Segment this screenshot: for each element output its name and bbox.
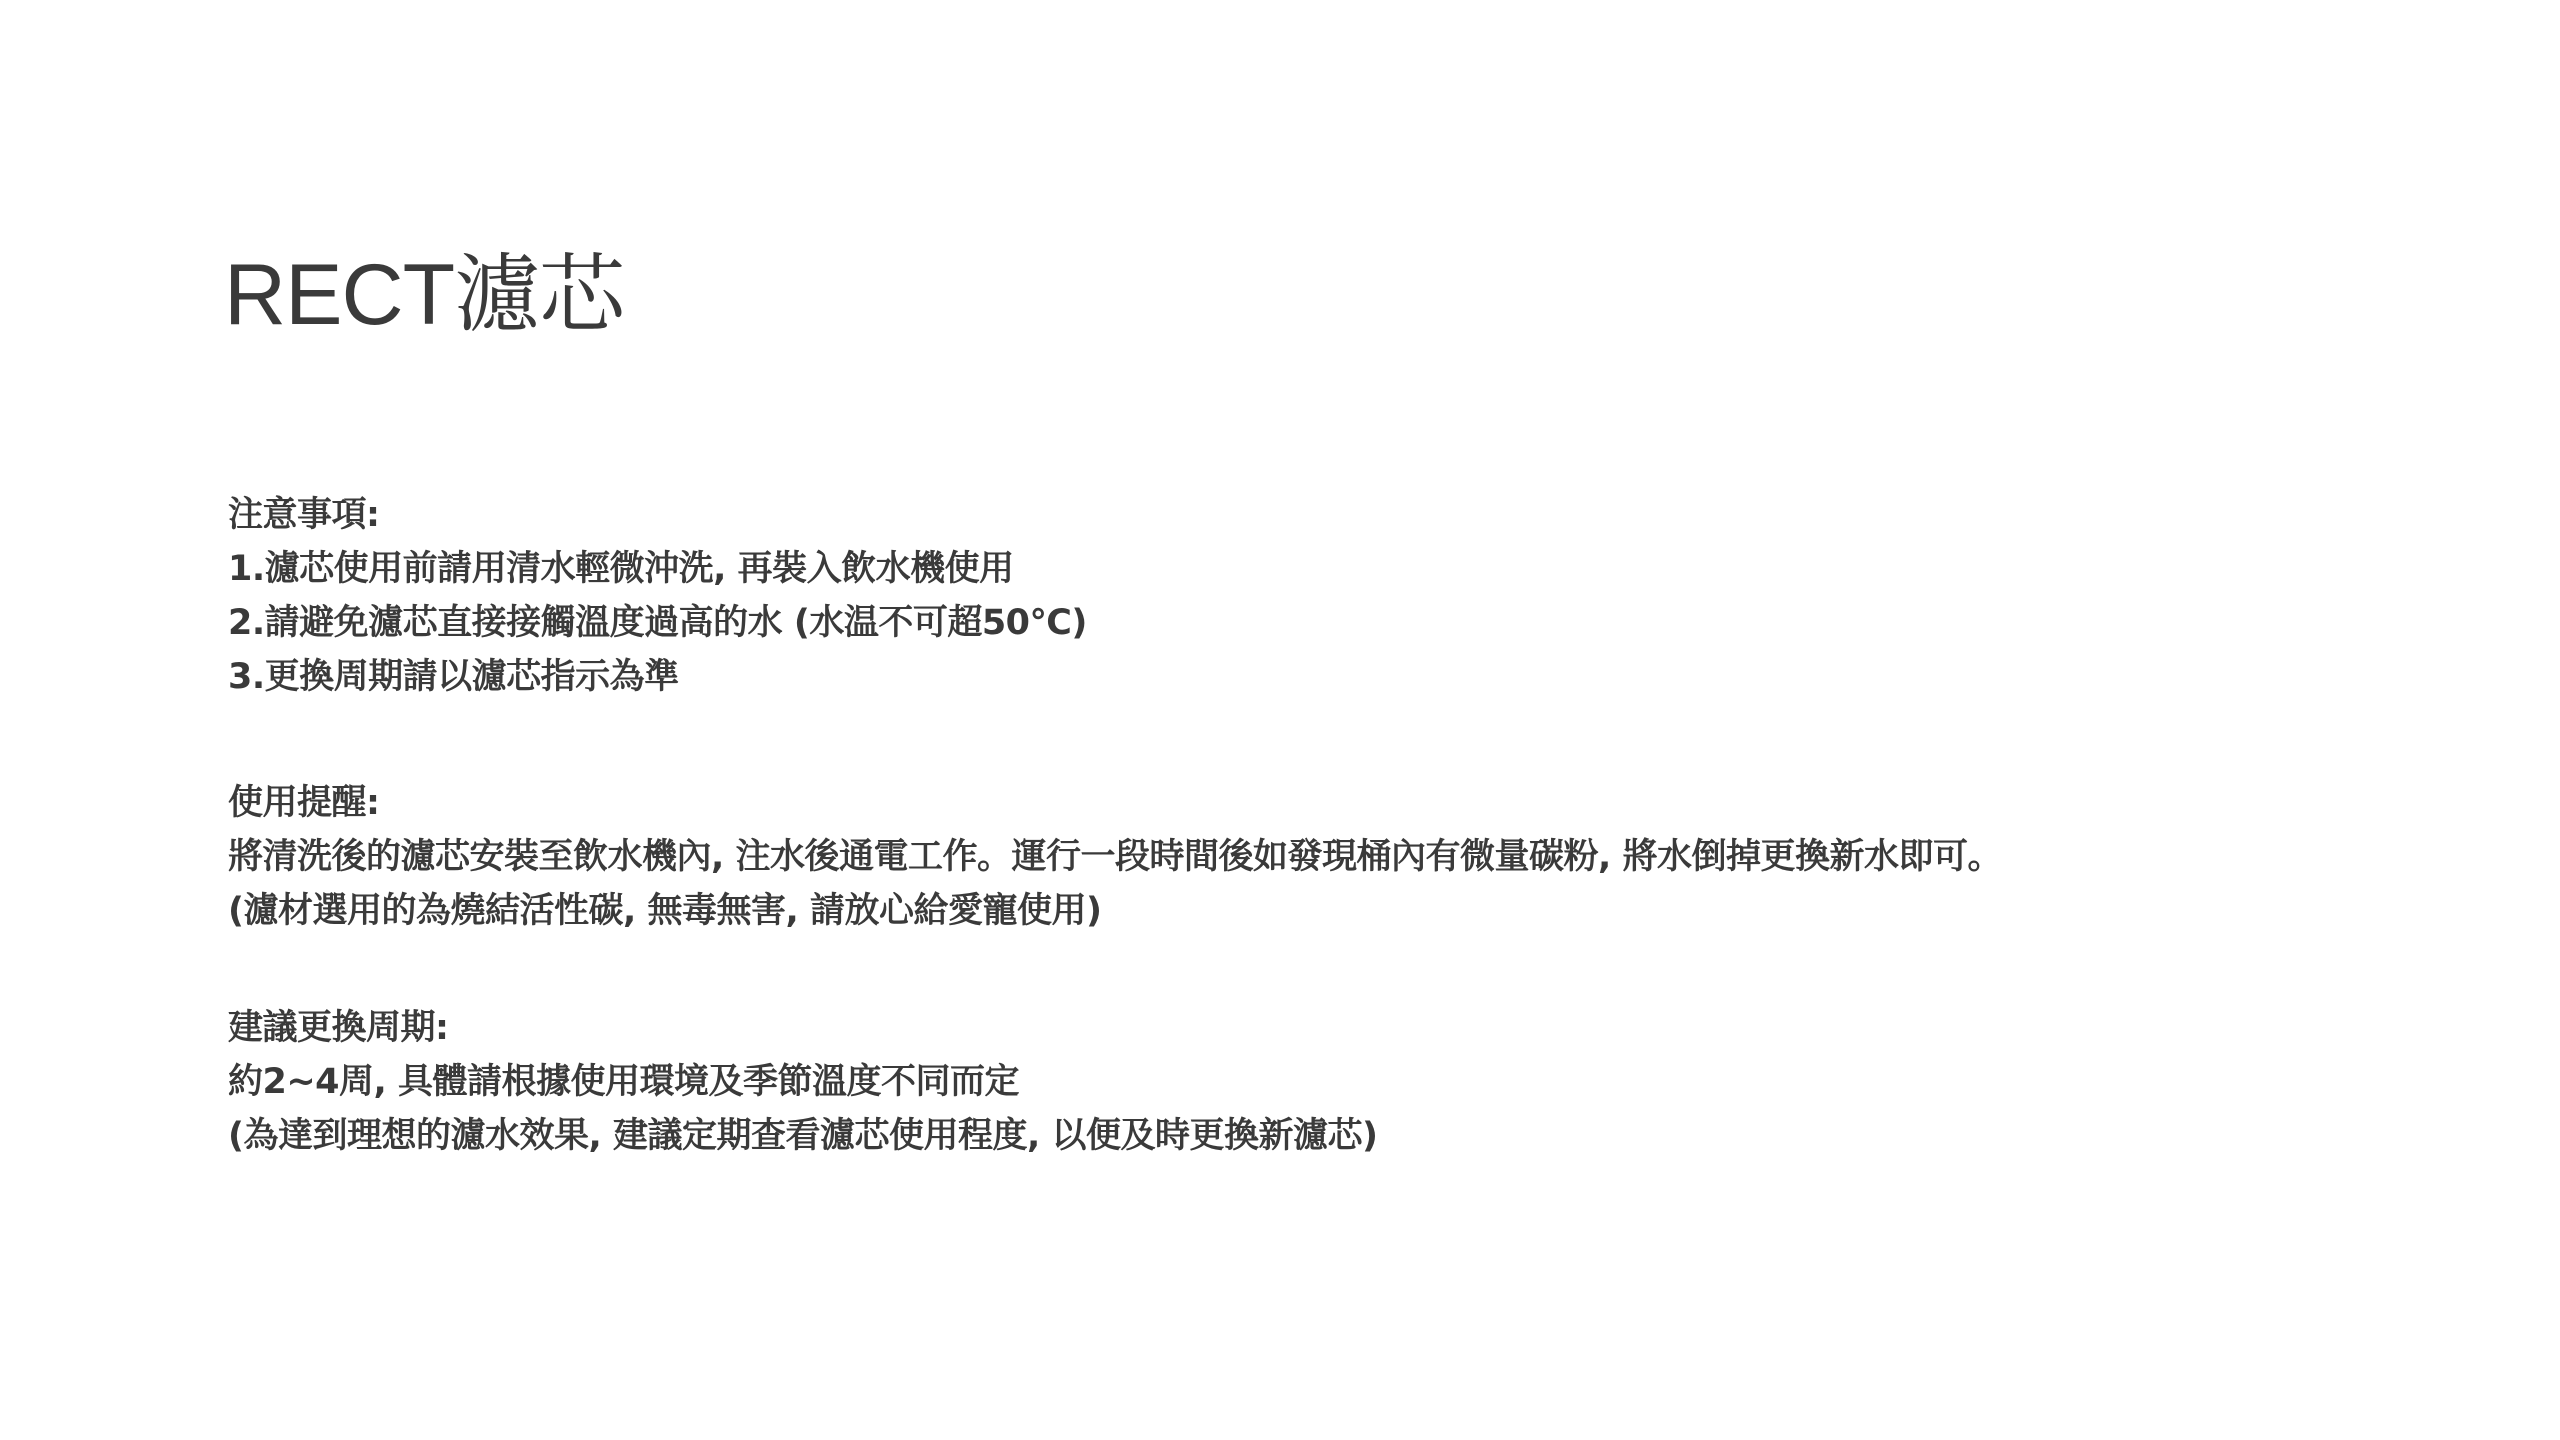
replacement-cycle-heading: 建議更換周期: — [228, 1001, 1377, 1055]
precaution-item: 3.更換周期請以濾芯指示為準 — [228, 650, 1087, 704]
replacement-cycle-text: 約2~4周, 具體請根據使用環境及季節溫度不同而定 — [228, 1055, 1377, 1109]
replacement-cycle-section: 建議更換周期: 約2~4周, 具體請根據使用環境及季節溫度不同而定 (為達到理想… — [228, 1001, 1377, 1163]
precaution-item: 2.請避免濾芯直接接觸溫度過高的水 (水温不可超50℃) — [228, 596, 1087, 650]
usage-reminder-text: 將清洗後的濾芯安裝至飲水機內, 注水後通電工作。運行一段時間後如發現桶內有微量碳… — [228, 830, 2002, 884]
precautions-section: 注意事項: 1.濾芯使用前請用清水輕微沖洗, 再裝入飲水機使用 2.請避免濾芯直… — [228, 488, 1087, 704]
usage-reminder-section: 使用提醒: 將清洗後的濾芯安裝至飲水機內, 注水後通電工作。運行一段時間後如發現… — [228, 776, 2002, 938]
replacement-cycle-note: (為達到理想的濾水效果, 建議定期查看濾芯使用程度, 以便及時更換新濾芯) — [228, 1109, 1377, 1163]
precautions-heading: 注意事項: — [228, 488, 1087, 542]
usage-reminder-heading: 使用提醒: — [228, 776, 2002, 830]
page-title: RECT濾芯 — [224, 240, 624, 350]
usage-reminder-note: (濾材選用的為燒結活性碳, 無毒無害, 請放心給愛寵使用) — [228, 884, 2002, 938]
precaution-item: 1.濾芯使用前請用清水輕微沖洗, 再裝入飲水機使用 — [228, 542, 1087, 596]
